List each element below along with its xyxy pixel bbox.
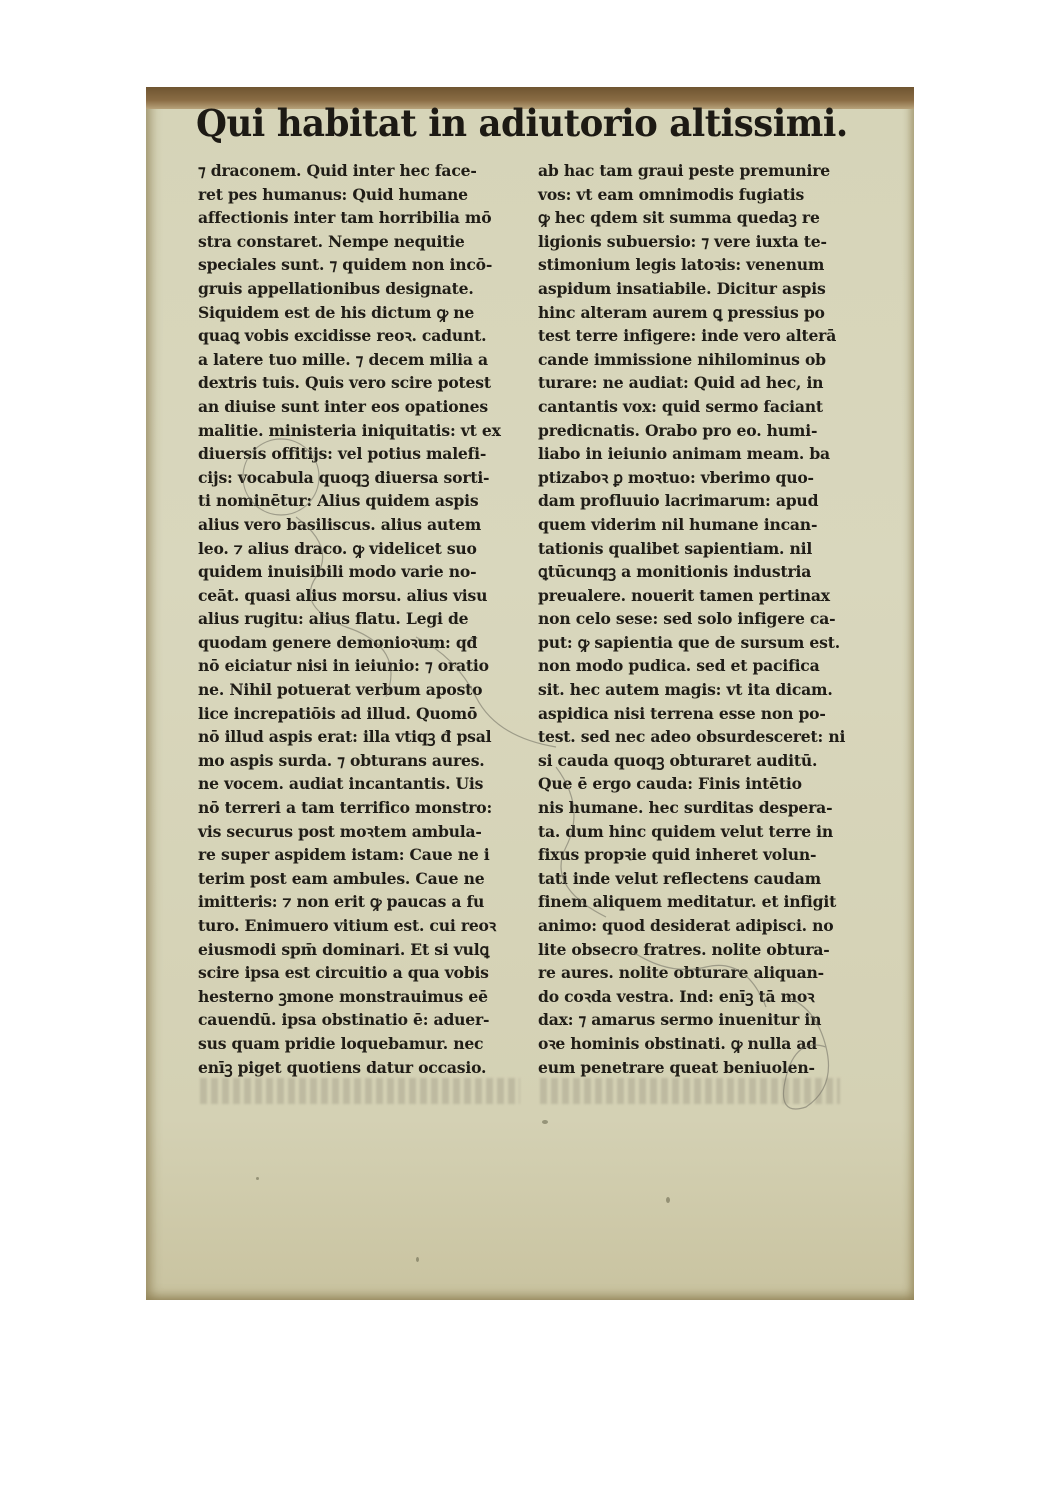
paper-speck [416, 1257, 419, 1262]
text-line: put: ꝙ sapientia que de sursum est. [538, 631, 868, 655]
text-line: aspidum insatiabile. Dicitur aspis [538, 277, 868, 301]
text-line: malitie. ministeria iniquitatis: vt ex [198, 419, 528, 443]
scanned-page: Qui habitat in adiutorio altissimi. ⁊ dr… [146, 87, 914, 1300]
text-line: re super aspidem istam: Caue ne i [198, 843, 528, 867]
text-line: cantantis vox: quid sermo faciant [538, 395, 868, 419]
text-line: dax: ⁊ amarus sermo inuenitur in [538, 1008, 868, 1032]
paper-speck [542, 1120, 548, 1124]
text-line: nis humane. hec surditas despera- [538, 796, 868, 820]
text-line: speciales sunt. ⁊ quidem non incō- [198, 253, 528, 277]
text-line: non modo pudica. sed et pacifica [538, 654, 868, 678]
text-line: ptizaboꝛ ꝑ moꝛtuo: vberimo quo- [538, 466, 868, 490]
text-line: quem viderim nil humane incan- [538, 513, 868, 537]
text-line: fixus propꝛie quid inheret volun- [538, 843, 868, 867]
text-line: animo: quod desiderat adipisci. no [538, 914, 868, 938]
text-line: ret pes humanus: Quid humane [198, 183, 528, 207]
page-header: Qui habitat in adiutorio altissimi. [196, 101, 858, 161]
left-column: ⁊ draconem. Quid inter hec face-ret pes … [198, 159, 528, 1079]
text-line: quodam genere demonioꝛum: qđ [198, 631, 528, 655]
text-line: gruis appellationibus designate. [198, 277, 528, 301]
text-line: ceāt. quasi alius morsu. alius visu [198, 584, 528, 608]
ink-showthrough-left [200, 1078, 520, 1104]
right-column: ab hac tam graui peste premunirevos: vt … [538, 159, 868, 1079]
text-line: stimonium legis latoꝛis: venenum [538, 253, 868, 277]
text-line: eiusmodi spm̄ dominari. Et si vulꝗ [198, 938, 528, 962]
text-line: nō illud aspis erat: illa vtiqꝫ đ psal [198, 725, 528, 749]
text-line: hinc alteram aurem ꝗ pressius po [538, 301, 868, 325]
text-line: dextris tuis. Quis vero scire potest [198, 371, 528, 395]
text-line: nō terreri a tam terrifico monstro: [198, 796, 528, 820]
text-line: ꝙ hec qdem sit summa quedaꝫ re [538, 206, 868, 230]
text-line: non celo sese: sed solo infigere ca- [538, 607, 868, 631]
text-line: terim post eam ambules. Caue ne [198, 867, 528, 891]
text-line: ꝗtūcunqꝫ a monitionis industria [538, 560, 868, 584]
text-line: ligionis subuersio: ⁊ vere iuxta te- [538, 230, 868, 254]
text-line: ab hac tam graui peste premunire [538, 159, 868, 183]
text-line: predicnatis. Orabo pro eo. humi- [538, 419, 868, 443]
text-line: sus quam pridie loquebamur. nec [198, 1032, 528, 1056]
text-line: quidem inuisibili modo varie no- [198, 560, 528, 584]
text-line: ne vocem. audiat incantantis. Uis [198, 772, 528, 796]
text-line: hesterno ꝫmone monstrauimus eē [198, 985, 528, 1009]
text-line: diuersis offitijs: vel potius malefi- [198, 442, 528, 466]
text-line: cande immissione nihilominus ob [538, 348, 868, 372]
text-line: scire ipsa est circuitio a qua vobis [198, 961, 528, 985]
text-line: cauendū. ipsa obstinatio ē: aduer- [198, 1008, 528, 1032]
text-line: finem aliquem meditatur. et infigit [538, 890, 868, 914]
text-line: vos: vt eam omnimodis fugiatis [538, 183, 868, 207]
text-line: test. sed nec adeo obsurdesceret: ni [538, 725, 868, 749]
text-line: Que ē ergo cauda: Finis intētio [538, 772, 868, 796]
text-line: leo. ⁊ alius draco. ꝙ videlicet suo [198, 537, 528, 561]
text-line: si cauda quoqꝫ obturaret auditū. [538, 749, 868, 773]
text-line: liabo in ieiunio animam meam. ba [538, 442, 868, 466]
text-line: ⁊ draconem. Quid inter hec face- [198, 159, 528, 183]
text-line: imitteris: ⁊ non erit ꝙ paucas a fu [198, 890, 528, 914]
text-line: sit. hec autem magis: vt ita dicam. [538, 678, 868, 702]
text-line: affectionis inter tam horribilia mō [198, 206, 528, 230]
ink-showthrough-right [540, 1078, 840, 1104]
text-line: do coꝛda vestra. Ind: enīꝫ tā moꝛ [538, 985, 868, 1009]
text-line: oꝛe hominis obstinati. ꝙ nulla ad [538, 1032, 868, 1056]
text-line: alius rugitu: alius flatu. Legi de [198, 607, 528, 631]
text-line: ta. dum hinc quidem velut terre in [538, 820, 868, 844]
text-line: preualere. nouerit tamen pertinax [538, 584, 868, 608]
text-line: cijs: vocabula quoqꝫ diuersa sorti- [198, 466, 528, 490]
text-line: tati inde velut reflectens caudam [538, 867, 868, 891]
text-line: tationis qualibet sapientiam. nil [538, 537, 868, 561]
text-line: turare: ne audiat: Quid ad hec, in [538, 371, 868, 395]
text-line: stra constaret. Nempe nequitie [198, 230, 528, 254]
text-line: mo aspis surda. ⁊ obturans aures. [198, 749, 528, 773]
text-line: alius vero basiliscus. alius autem [198, 513, 528, 537]
text-line: ti nominētur: Alius quidem aspis [198, 489, 528, 513]
text-line: lite obsecro fratres. nolite obtura- [538, 938, 868, 962]
text-line: ne. Nihil potuerat verbum aposto [198, 678, 528, 702]
text-line: nō eiciatur nisi in ieiunio: ⁊ oratio [198, 654, 528, 678]
paper-speck [666, 1197, 670, 1203]
text-line: eum penetrare queat beniuolen- [538, 1056, 868, 1080]
text-line: lice increpatiōis ad illud. Quomō [198, 702, 528, 726]
text-line: an diuise sunt inter eos opationes [198, 395, 528, 419]
text-line: test terre infigere: inde vero alterā [538, 324, 868, 348]
text-line: vis securus post moꝛtem ambula- [198, 820, 528, 844]
text-line: aspidica nisi terrena esse non po- [538, 702, 868, 726]
text-line: turo. Enimuero vitium est. cui reoꝛ [198, 914, 528, 938]
text-line: Siquidem est de his dictum ꝙ ne [198, 301, 528, 325]
paper-speck [256, 1177, 259, 1180]
text-line: quaꝗ vobis excidisse reoꝛ. cadunt. [198, 324, 528, 348]
text-line: enīꝫ piget quotiens datur occasio. [198, 1056, 528, 1080]
text-line: re aures. nolite obturare aliquan- [538, 961, 868, 985]
text-line: dam profluuio lacrimarum: apud [538, 489, 868, 513]
text-line: a latere tuo mille. ⁊ decem milia a [198, 348, 528, 372]
